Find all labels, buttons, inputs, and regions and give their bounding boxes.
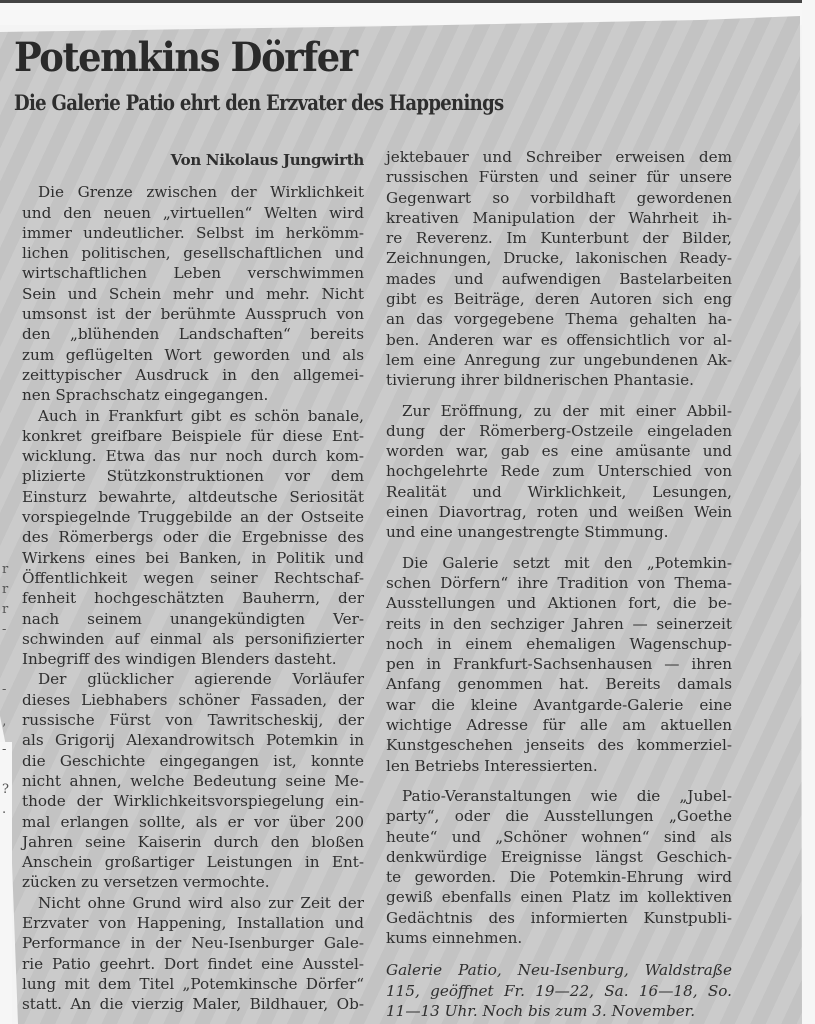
text-line: schwinden auf einmal als personifizierte… — [22, 629, 364, 649]
text-line: Wirkens eines bei Banken, in Politik und — [22, 548, 364, 568]
text-line: Zur Eröffnung, zu der mit einer Abbil- — [386, 401, 732, 421]
text-line: Inbegriff des windigen Blenders dasteht. — [22, 649, 364, 669]
paragraph: Die Galerie setzt mit den „Potemkin-sche… — [386, 553, 732, 776]
text-line: russischen Fürsten und seiner für unsere — [386, 167, 732, 187]
text-line: len Betriebs Interessierten. — [386, 756, 732, 776]
text-line: Nicht ohne Grund wird also zur Zeit der — [22, 893, 364, 913]
text-line: statt. An die vierzig Maler, Bildhauer, … — [22, 994, 364, 1014]
text-line: vorspiegelnde Truggebilde an der Ostseit… — [22, 507, 364, 527]
margin-fragment: ? — [2, 780, 9, 800]
text-line: fenheit hochgeschätzten Bauherrn, der — [22, 588, 364, 608]
paragraph: Nicht ohne Grund wird also zur Zeit derE… — [22, 893, 364, 1015]
text-line: dung der Römerberg-Ostzeile eingeladen — [386, 421, 732, 441]
text-line: noch in einem ehemaligen Wagenschup- — [386, 634, 732, 654]
article-title: Potemkins Dörfer — [14, 34, 357, 81]
text-line: Jahren seine Kaiserin durch den bloßen — [22, 832, 364, 852]
text-line: tivierung ihrer bildnerischen Phantasie. — [386, 370, 732, 390]
scan-right-border — [802, 0, 815, 1024]
exhibition-info: Galerie Patio, Neu-Isenburg, Waldstraße1… — [386, 960, 732, 1021]
text-line: Galerie Patio, Neu-Isenburg, Waldstraße — [386, 960, 732, 980]
text-line: nicht ahnen, welche Bedeutung seine Me- — [22, 771, 364, 791]
text-line: Anfang genommen hat. Bereits damals — [386, 674, 732, 694]
text-line: nen Sprachschatz eingegangen. — [22, 385, 364, 405]
text-line: Realität und Wirklichkeit, Lesungen, — [386, 482, 732, 502]
text-line: an das vorgegebene Thema gehalten ha- — [386, 309, 732, 329]
text-line: und eine unangestrengte Stimmung. — [386, 522, 732, 542]
margin-fragment: - — [2, 740, 9, 760]
margin-fragment — [2, 700, 9, 720]
margin-fragment — [2, 760, 9, 780]
text-line: hochgelehrte Rede zum Unterschied von — [386, 461, 732, 481]
text-line: denkwürdige Ereignisse längst Geschich- — [386, 847, 732, 867]
text-line: Sein und Schein mehr und mehr. Nicht — [22, 284, 364, 304]
text-line: kums einnehmen. — [386, 928, 732, 948]
text-line: als Grigorij Alexandrowitsch Potemkin in — [22, 730, 364, 750]
text-line: einen Diavortrag, roten und weißen Wein — [386, 502, 732, 522]
text-line: Ausstellungen und Aktionen fort, die be- — [386, 593, 732, 613]
text-line: Performance in der Neu-Isenburger Gale- — [22, 933, 364, 953]
text-line: jektebauer und Schreiber erweisen dem — [386, 147, 732, 167]
text-line: Zeichnungen, Drucke, lakonischen Ready- — [386, 248, 732, 268]
text-line: des Römerbergs oder die Ergebnisse des — [22, 527, 364, 547]
text-line: war die kleine Avantgarde-Galerie eine — [386, 695, 732, 715]
text-line: party“, oder die Ausstellungen „Goethe — [386, 806, 732, 826]
text-line: wirtschaftlichen Leben verschwimmen — [22, 263, 364, 283]
text-line: zeittypischer Ausdruck in den allgemei- — [22, 365, 364, 385]
text-line: Öffentlichkeit wegen seiner Rechtschaf- — [22, 568, 364, 588]
text-line: Der glücklicher agierende Vorläufer — [22, 669, 364, 689]
text-line: thode der Wirklichkeitsvorspiegelung ein… — [22, 791, 364, 811]
text-line: gibt es Beiträge, deren Autoren sich eng — [386, 289, 732, 309]
text-line: 11—13 Uhr. Noch bis zum 3. November. — [386, 1001, 732, 1021]
margin-fragment: r — [2, 600, 9, 620]
text-line: 115, geöffnet Fr. 19—22, Sa. 16—18, So. — [386, 981, 732, 1001]
margin-fragment — [2, 660, 9, 680]
text-line: Gegenwart so vorbildhaft gewordenen — [386, 188, 732, 208]
text-line: te geworden. Die Potemkin-Ehrung wird — [386, 867, 732, 887]
text-line: dieses Liebhabers schöner Fassaden, der — [22, 690, 364, 710]
text-line: Erzvater von Happening, Installation und — [22, 913, 364, 933]
text-line: schen Dörfern“ ihre Tradition von Thema- — [386, 573, 732, 593]
text-line: die Geschichte eingegangen ist, konnte — [22, 751, 364, 771]
text-line: Gedächtnis des informierten Kunstpubli- — [386, 908, 732, 928]
text-line: gewiß ebenfalls einen Platz im kollektiv… — [386, 887, 732, 907]
margin-fragment: - — [2, 620, 9, 640]
text-line: immer undeutlicher. Selbst im herkömm- — [22, 223, 364, 243]
text-line: kreativen Manipulation der Wahrheit ih- — [386, 208, 732, 228]
text-line: zum geflügelten Wort geworden und als — [22, 345, 364, 365]
text-line: plizierte Stützkonstruktionen vor dem — [22, 466, 364, 486]
text-line: Anschein großartiger Leistungen in Ent- — [22, 852, 364, 872]
text-line: Die Galerie setzt mit den „Potemkin- — [386, 553, 732, 573]
margin-fragment: - — [2, 680, 9, 700]
text-line: reits in den sechziger Jahren — seinerze… — [386, 614, 732, 634]
text-line: ben. Anderen war es offensichtlich vor a… — [386, 330, 732, 350]
margin-fragment: . — [2, 800, 9, 820]
text-line: zücken zu versetzen vermochte. — [22, 872, 364, 892]
text-line: Einsturz bewahrte, altdeutsche Seriositä… — [22, 487, 364, 507]
text-line: mades und aufwendigen Bastelarbeiten — [386, 269, 732, 289]
text-line: konkret greifbare Beispiele für diese En… — [22, 426, 364, 446]
paragraph: Zur Eröffnung, zu der mit einer Abbil-du… — [386, 401, 732, 543]
text-line: lung mit dem Titel „Potemkinsche Dörfer“ — [22, 974, 364, 994]
margin-fragment: r — [2, 560, 9, 580]
text-line: den „blühenden Landschaften“ bereits — [22, 324, 364, 344]
text-line: Patio-Veranstaltungen wie die „Jubel- — [386, 786, 732, 806]
adjacent-column-fragments: rrr--’-?. — [2, 560, 9, 820]
paragraph: Patio-Veranstaltungen wie die „Jubel-par… — [386, 786, 732, 948]
text-line: rie Patio geehrt. Dort findet eine Ausst… — [22, 954, 364, 974]
article-subtitle: Die Galerie Patio ehrt den Erzvater des … — [14, 90, 504, 115]
text-line: pen in Frankfurt-Sachsenhausen — ihren — [386, 654, 732, 674]
text-line: wichtige Adresse für alle am aktuellen — [386, 715, 732, 735]
margin-fragment: ’ — [2, 720, 9, 740]
text-line: heute“ und „Schöner wohnen“ sind als — [386, 827, 732, 847]
margin-fragment: r — [2, 580, 9, 600]
text-line: und den neuen „virtuellen“ Welten wird — [22, 203, 364, 223]
margin-fragment — [2, 640, 9, 660]
text-line: umsonst ist der berühmte Ausspruch von — [22, 304, 364, 324]
text-line: re Reverenz. Im Kunterbunt der Bilder, — [386, 228, 732, 248]
paragraph: jektebauer und Schreiber erweisen demrus… — [386, 147, 732, 391]
text-line: Kunstgeschehen jenseits des kommerziel- — [386, 735, 732, 755]
paragraph: Die Grenze zwischen der Wirklichkeitund … — [22, 182, 364, 405]
text-line: Auch in Frankfurt gibt es schön banale, — [22, 406, 364, 426]
byline: Von Nikolaus Jungwirth — [22, 150, 364, 170]
text-line: lichen politischen, gesellschaftlichen u… — [22, 243, 364, 263]
right-column: jektebauer und Schreiber erweisen demrus… — [386, 147, 732, 1021]
text-line: mal erlangen sollte, als er vor über 200 — [22, 812, 364, 832]
text-line: worden war, gab es eine amüsante und — [386, 441, 732, 461]
text-line: russische Fürst von Tawritscheskij, der — [22, 710, 364, 730]
text-line: lem eine Anregung zur ungebundenen Ak- — [386, 350, 732, 370]
paragraph: Der glücklicher agierende Vorläuferdiese… — [22, 669, 364, 892]
paragraph: Auch in Frankfurt gibt es schön banale,k… — [22, 406, 364, 670]
text-line: Die Grenze zwischen der Wirklichkeit — [22, 182, 364, 202]
text-line: wicklung. Etwa das nur noch durch kom- — [22, 446, 364, 466]
text-line: nach seinem unangekündigten Ver- — [22, 609, 364, 629]
left-column: Von Nikolaus Jungwirth Die Grenze zwisch… — [22, 150, 364, 1014]
